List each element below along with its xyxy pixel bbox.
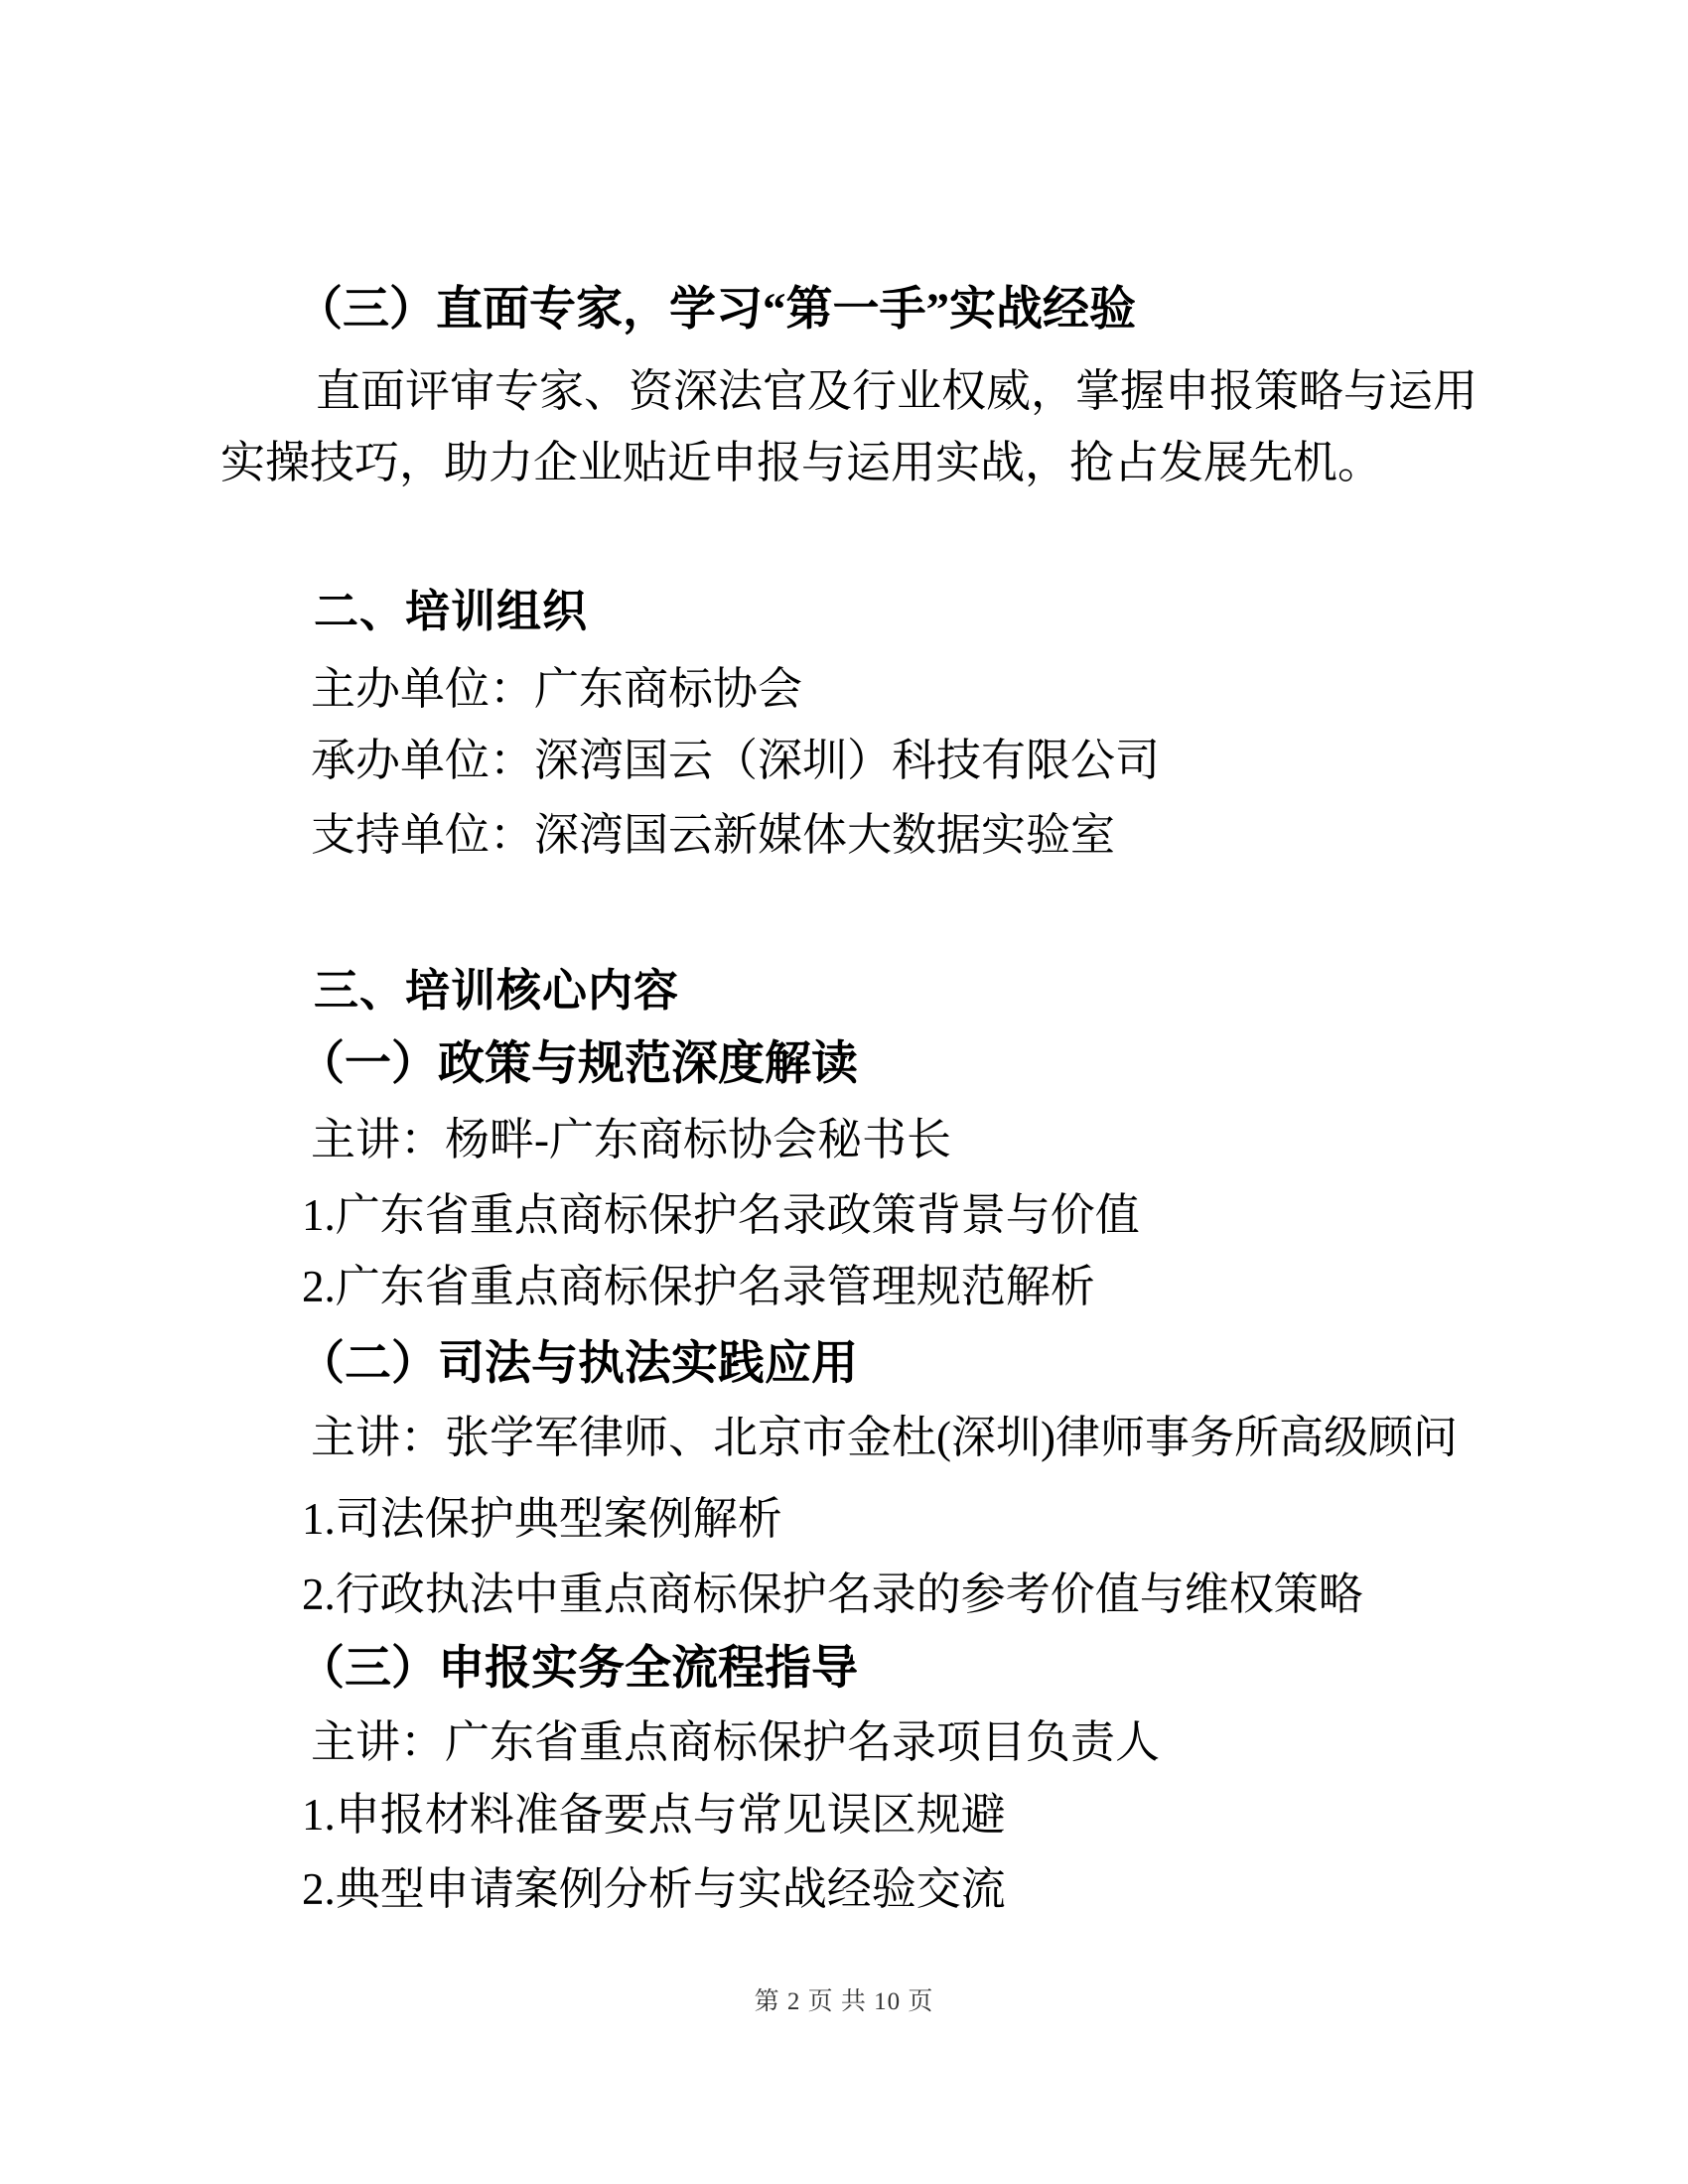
page-footer: 第 2 页 共 10 页 [0, 1981, 1688, 2017]
section-title-organization: 二、培训组织 [314, 584, 588, 639]
org-host-line: 主办单位：广东商标协会 [311, 661, 802, 717]
lecturer-line-policy: 主讲：杨畔-广东商标协会秘书长 [311, 1112, 951, 1167]
subsection-heading-judicial: （二）司法与执法实践应用 [298, 1335, 858, 1394]
org-supporter-line: 支持单位：深湾国云新媒体大数据实验室 [311, 807, 1115, 863]
org-organizer-line: 承办单位：深湾国云（深圳）科技有限公司 [311, 733, 1160, 788]
topic-item-policy-2: 2.广东省重点商标保护名录管理规范解析 [302, 1259, 1095, 1314]
topic-item-judicial-2: 2.行政执法中重点商标保护名录的参考价值与维权策略 [302, 1567, 1363, 1622]
document-page: （三）直面专家，学习“第一手”实战经验 直面评审专家、资深法官及行业权威，掌握申… [0, 0, 1688, 2184]
lecturer-line-application: 主讲：广东省重点商标保护名录项目负责人 [311, 1714, 1160, 1770]
lecturer-line-judicial: 主讲：张学军律师、北京市金杜(深圳)律师事务所高级顾问 [311, 1410, 1458, 1465]
topic-item-judicial-1: 1.司法保护典型案例解析 [302, 1491, 782, 1547]
paragraph-line-2: 实操技巧，助力企业贴近申报与运用实战，抢占发展先机。 [220, 435, 1382, 490]
topic-item-policy-1: 1.广东省重点商标保护名录政策背景与价值 [302, 1187, 1140, 1243]
topic-item-application-1: 1.申报材料准备要点与常见误区规避 [302, 1787, 1006, 1843]
topic-item-application-2: 2.典型申请案例分析与实战经验交流 [302, 1861, 1006, 1917]
subsection-heading-application: （三）申报实务全流程指导 [298, 1640, 858, 1699]
subsection-heading-policy: （一）政策与规范深度解读 [298, 1035, 858, 1094]
section-title-core-content: 三、培训核心内容 [314, 963, 679, 1019]
paragraph-line-1: 直面评审专家、资深法官及行业权威，掌握申报策略与运用 [316, 363, 1477, 419]
subsection-heading-experts: （三）直面专家，学习“第一手”实战经验 [296, 281, 1136, 340]
